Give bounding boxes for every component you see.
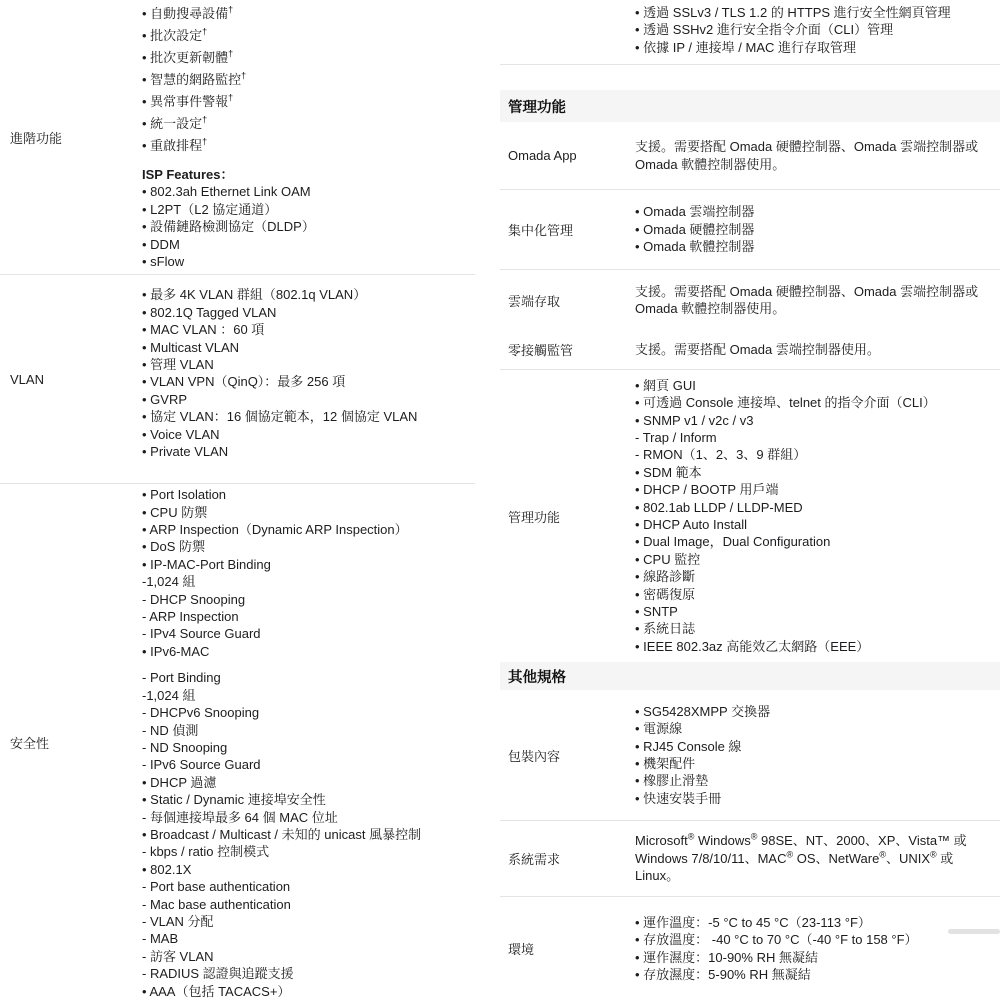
section-header-other: 其他規格 [500, 662, 1000, 690]
spec-line: 支援。需要搭配 Omada 硬體控制器、Omada 雲端控制器或 [635, 138, 1000, 155]
registered-mark: ® [688, 832, 695, 842]
list-gap [142, 157, 475, 166]
spec-line: • Omada 硬體控制器 [635, 221, 1000, 238]
spec-line: • 機架配件 [635, 755, 1000, 772]
row-label-cloud-access: 雲端存取 [500, 270, 635, 330]
spec-page: 進階功能• 自動搜尋設備†• 批次設定†• 批次更新韌體†• 智慧的網路監控†•… [0, 0, 1000, 1000]
spec-line: • IPv6-MAC [142, 643, 475, 660]
spec-line: - kbps / ratio 控制模式 [142, 843, 475, 860]
spec-line: • Omada 雲端控制器 [635, 203, 1000, 220]
row-label-advanced: 進階功能 [0, 0, 142, 274]
spec-line: • SDM 範本 [635, 464, 1000, 481]
spec-line: - 訪客 VLAN [142, 948, 475, 965]
spec-line: • 網頁 GUI [635, 377, 1000, 394]
row-content-omada-app: 支援。需要搭配 Omada 硬體控制器、Omada 雲端控制器或Omada 軟體… [635, 122, 1000, 189]
spec-line: - Mac base authentication [142, 896, 475, 913]
dagger-footnote-mark: † [228, 93, 233, 103]
scrollbar-thumb[interactable] [948, 929, 1000, 934]
row-content-advanced: • 自動搜尋設備†• 批次設定†• 批次更新韌體†• 智慧的網路監控†• 異常事… [142, 0, 475, 274]
intro-content: • 透過 SSLv3 / TLS 1.2 的 HTTPS 進行安全性網頁管理• … [500, 0, 1000, 65]
spec-row-advanced: 進階功能• 自動搜尋設備†• 批次設定†• 批次更新韌體†• 智慧的網路監控†•… [0, 0, 475, 275]
spec-line: • 依據 IP / 連接埠 / MAC 進行存取管理 [635, 39, 1000, 56]
list-gap [142, 660, 475, 669]
row-content-cloud-access: 支援。需要搭配 Omada 硬體控制器、Omada 雲端控制器或Omada 軟體… [635, 270, 1000, 330]
spec-line: • Voice VLAN [142, 426, 475, 443]
spec-line: • 可透過 Console 連接埠、telnet 的指令介面（CLI） [635, 394, 1000, 411]
spec-row-security: 安全性• Port Isolation• CPU 防禦• ARP Inspect… [0, 484, 475, 1000]
spec-line: - IPv6 Source Guard [142, 756, 475, 773]
spec-line: • SG5428XMPP 交換器 [635, 703, 1000, 720]
row-label-security: 安全性 [0, 484, 142, 1000]
spec-row-management: 管理功能• 網頁 GUI• 可透過 Console 連接埠、telnet 的指令… [500, 370, 1000, 662]
row-label-system-req: 系統需求 [500, 821, 635, 896]
spec-line: • 管理 VLAN [142, 356, 475, 373]
spec-line: • 透過 SSHv2 進行安全指令介面（CLI）管理 [635, 21, 1000, 38]
row-content-ztp: 支援。需要搭配 Omada 雲端控制器使用。 [635, 330, 1000, 369]
registered-mark: ® [930, 849, 937, 859]
spec-line: - ARP Inspection [142, 608, 475, 625]
spec-line: • 智慧的網路監控† [142, 69, 475, 91]
spec-line: • 系統日誌 [635, 620, 1000, 637]
spec-line: Windows 7/8/10/11、MAC® OS、NetWare®、UNIX®… [635, 850, 1000, 867]
registered-mark: ® [751, 832, 758, 842]
spec-line: • 透過 SSLv3 / TLS 1.2 的 HTTPS 進行安全性網頁管理 [635, 4, 1000, 21]
spec-line: • 協定 VLAN：16 個協定範本，12 個協定 VLAN [142, 408, 475, 425]
spec-line: • 批次更新韌體† [142, 47, 475, 69]
spec-line: • 橡膠止滑墊 [635, 772, 1000, 789]
spec-line: • SNMP v1 / v2c / v3 [635, 412, 1000, 429]
spec-line: • SNTP [635, 603, 1000, 620]
spec-line: • 802.1X [142, 861, 475, 878]
spec-row-system-req: 系統需求Microsoft® Windows® 98SE、NT、2000、XP、… [500, 821, 1000, 897]
spec-line: Linux。 [635, 867, 1000, 884]
spec-line: - DHCP Snooping [142, 591, 475, 608]
spec-line: • 自動搜尋設備† [142, 3, 475, 25]
spec-line: Omada 軟體控制器使用。 [635, 300, 1000, 317]
dagger-footnote-mark: † [202, 27, 207, 37]
spec-line: • RJ45 Console 線 [635, 738, 1000, 755]
spec-line: - IPv4 Source Guard [142, 625, 475, 642]
spec-row-centralized: 集中化管理• Omada 雲端控制器• Omada 硬體控制器• Omada 軟… [500, 190, 1000, 270]
spec-line: • sFlow [142, 253, 475, 270]
spec-line: • Port Isolation [142, 486, 475, 503]
row-content-management: • 網頁 GUI• 可透過 Console 連接埠、telnet 的指令介面（C… [635, 370, 1000, 662]
row-content-vlan: • 最多 4K VLAN 群組（802.1q VLAN）• 802.1Q Tag… [142, 275, 475, 483]
registered-mark: ® [787, 849, 794, 859]
spec-line: • 運作溫度：-5 °C to 45 °C（23-113 °F） [635, 914, 1000, 931]
spec-line: • IP-MAC-Port Binding [142, 556, 475, 573]
spec-line: • CPU 監控 [635, 551, 1000, 568]
spec-line: • 存放溫度： -40 °C to 70 °C（-40 °F to 158 °F… [635, 931, 1000, 948]
spec-line: • ARP Inspection（Dynamic ARP Inspection） [142, 521, 475, 538]
dagger-footnote-mark: † [228, 49, 233, 59]
spec-row-omada-app: Omada App支援。需要搭配 Omada 硬體控制器、Omada 雲端控制器… [500, 122, 1000, 190]
row-content-centralized: • Omada 雲端控制器• Omada 硬體控制器• Omada 軟體控制器 [635, 190, 1000, 269]
spec-line: • AAA（包括 TACACS+） [142, 983, 475, 1000]
spec-line: • DHCP / BOOTP 用戶端 [635, 481, 1000, 498]
spec-line: • 線路診斷 [635, 568, 1000, 585]
section-header-management: 管理功能 [500, 90, 1000, 122]
spec-line: • 快速安裝手冊 [635, 790, 1000, 807]
spec-line: • 802.1ab LLDP / LLDP-MED [635, 499, 1000, 516]
spec-line: - 每個連接埠最多 64 個 MAC 位址 [142, 809, 475, 826]
registered-mark: ® [879, 849, 886, 859]
spec-line: - ND 偵測 [142, 722, 475, 739]
spec-row-ztp: 零接觸監管支援。需要搭配 Omada 雲端控制器使用。 [500, 330, 1000, 370]
spec-line: - Port Binding [142, 669, 475, 686]
row-label-centralized: 集中化管理 [500, 190, 635, 269]
dagger-footnote-mark: † [228, 5, 233, 15]
spec-line: • Broadcast / Multicast / 未知的 unicast 風暴… [142, 826, 475, 843]
spec-line: • DDM [142, 236, 475, 253]
spec-line: -1,024 組 [142, 573, 475, 590]
spec-line: • 異常事件警報† [142, 91, 475, 113]
list-heading: ISP Features： [142, 166, 475, 183]
row-label-environment: 環境 [500, 897, 635, 1000]
spec-line: • Omada 軟體控制器 [635, 238, 1000, 255]
dagger-footnote-mark: † [202, 137, 207, 147]
spec-line: 支援。需要搭配 Omada 硬體控制器、Omada 雲端控制器或 [635, 283, 1000, 300]
row-content-package: • SG5428XMPP 交換器• 電源線• RJ45 Console 線• 機… [635, 690, 1000, 820]
spec-row-environment: 環境• 運作溫度：-5 °C to 45 °C（23-113 °F）• 存放溫度… [500, 897, 1000, 1000]
spec-line: • 存放濕度：5-90% RH 無凝結 [635, 966, 1000, 983]
spec-line: • 802.1Q Tagged VLAN [142, 304, 475, 321]
dagger-footnote-mark: † [241, 71, 246, 81]
spec-line: • 設備鏈路檢測協定（DLDP） [142, 218, 475, 235]
spec-line: • 統一設定† [142, 113, 475, 135]
spec-line: • Multicast VLAN [142, 339, 475, 356]
row-content-system-req: Microsoft® Windows® 98SE、NT、2000、XP、Vist… [635, 821, 1000, 896]
spec-line: - MAB [142, 930, 475, 947]
spec-line: • 批次設定† [142, 25, 475, 47]
dagger-footnote-mark: † [202, 115, 207, 125]
spec-line: • 密碼復原 [635, 586, 1000, 603]
spec-line: • DHCP 過濾 [142, 774, 475, 791]
spec-line: - ND Snooping [142, 739, 475, 756]
spec-line: • 重啟排程† [142, 135, 475, 157]
row-label-management: 管理功能 [500, 370, 635, 662]
spec-line: • L2PT（L2 協定通道） [142, 201, 475, 218]
spec-line: • DoS 防禦 [142, 538, 475, 555]
spec-line: • Private VLAN [142, 443, 475, 460]
spec-line: • Static / Dynamic 連接埠安全性 [142, 791, 475, 808]
spec-line: - RADIUS 認證與追蹤支援 [142, 965, 475, 982]
spec-line: • GVRP [142, 391, 475, 408]
spec-line: - Trap / Inform [635, 429, 1000, 446]
row-label-package: 包裝內容 [500, 690, 635, 820]
spec-line: • 運作濕度：10-90% RH 無凝結 [635, 949, 1000, 966]
spec-line: • 電源線 [635, 720, 1000, 737]
row-content-security: • Port Isolation• CPU 防禦• ARP Inspection… [142, 484, 475, 1000]
row-label-vlan: VLAN [0, 275, 142, 483]
spec-line: - RMON（1、2、3、9 群組） [635, 446, 1000, 463]
spec-line: - DHCPv6 Snooping [142, 704, 475, 721]
spec-line: Microsoft® Windows® 98SE、NT、2000、XP、Vist… [635, 832, 1000, 849]
row-content-environment: • 運作溫度：-5 °C to 45 °C（23-113 °F）• 存放溫度： … [635, 897, 1000, 1000]
spec-line: • IEEE 802.3az 高能效乙太網路（EEE） [635, 638, 1000, 655]
spec-line: • CPU 防禦 [142, 504, 475, 521]
right-column: • 透過 SSLv3 / TLS 1.2 的 HTTPS 進行安全性網頁管理• … [500, 0, 1000, 1000]
spec-row-package: 包裝內容• SG5428XMPP 交換器• 電源線• RJ45 Console … [500, 690, 1000, 821]
spec-line: • Dual Image，Dual Configuration [635, 533, 1000, 550]
spec-line: • MAC VLAN ：60 項 [142, 321, 475, 338]
spec-line: • VLAN VPN（QinQ）：最多 256 項 [142, 373, 475, 390]
spec-line: Omada 軟體控制器使用。 [635, 156, 1000, 173]
spec-line: -1,024 組 [142, 687, 475, 704]
spec-line: • 最多 4K VLAN 群組（802.1q VLAN） [142, 286, 475, 303]
left-column: 進階功能• 自動搜尋設備†• 批次設定†• 批次更新韌體†• 智慧的網路監控†•… [0, 0, 475, 1000]
spec-line: • DHCP Auto Install [635, 516, 1000, 533]
spec-line: 支援。需要搭配 Omada 雲端控制器使用。 [635, 341, 1000, 358]
row-label-omada-app: Omada App [500, 122, 635, 189]
row-label-ztp: 零接觸監管 [500, 330, 635, 369]
spec-line: - Port base authentication [142, 878, 475, 895]
spec-row-vlan: VLAN• 最多 4K VLAN 群組（802.1q VLAN）• 802.1Q… [0, 275, 475, 484]
spec-line: • 802.3ah Ethernet Link OAM [142, 183, 475, 200]
spec-line: - VLAN 分配 [142, 913, 475, 930]
spec-row-cloud-access: 雲端存取支援。需要搭配 Omada 硬體控制器、Omada 雲端控制器或Omad… [500, 270, 1000, 330]
